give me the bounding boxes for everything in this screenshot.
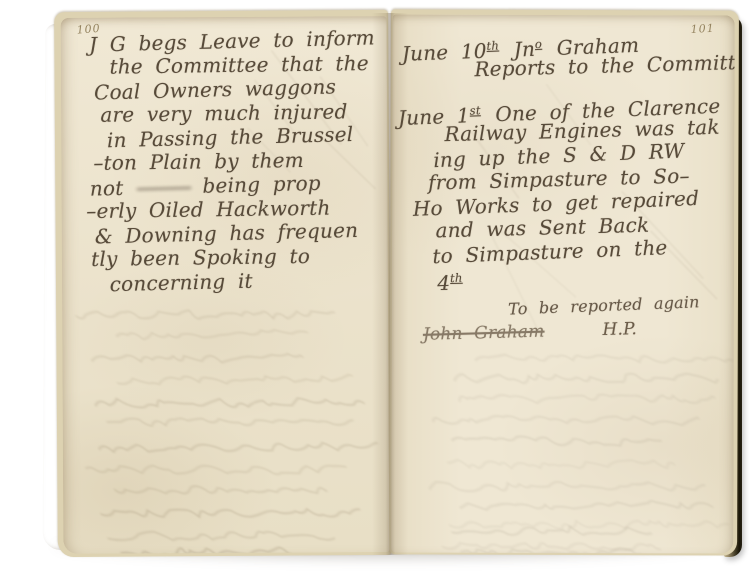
- bleedthrough-writing: [471, 350, 735, 369]
- right-page-handwriting: June 10th Jno GrahamReports to the Commi…: [395, 26, 734, 348]
- bleedthrough-writing: [450, 371, 722, 390]
- bleedthrough-writing: [91, 394, 369, 413]
- superscript-text: st: [469, 103, 481, 117]
- superscript-text: th: [486, 38, 499, 52]
- text-run: –ton Plain by them: [93, 148, 304, 175]
- manuscript-line: John GrahamH.P.: [423, 314, 735, 346]
- superscript-text: o: [535, 37, 543, 51]
- bleedthrough-writing: [111, 482, 330, 501]
- text-run: 4: [437, 271, 451, 295]
- right-page: 101 June 10th Jno GrahamReports to the C…: [391, 15, 734, 554]
- bleedthrough-writing: [458, 545, 645, 554]
- bleedthrough-writing: [113, 371, 359, 390]
- bleedthrough-writing: [446, 517, 733, 536]
- bleedthrough-writing: [87, 350, 308, 369]
- left-page: 100 J G begs Leave to informthe Committe…: [61, 16, 390, 554]
- bleedthrough-writing: [83, 462, 352, 481]
- bleedthrough-writing: [455, 391, 720, 410]
- ink-smudge: ———: [136, 174, 191, 199]
- bleedthrough-writing: [449, 434, 666, 453]
- bleedthrough-writing: [104, 415, 359, 434]
- bleedthrough-writing: [448, 523, 655, 542]
- bleedthrough-writing: [429, 413, 704, 432]
- text-run: being prop: [190, 171, 321, 198]
- text-run: not: [90, 175, 137, 200]
- bleedthrough-writing: [445, 457, 679, 476]
- bleedthrough-writing: [456, 498, 718, 517]
- bleedthrough-writing: [103, 527, 337, 546]
- left-page-handwriting: J G begs Leave to informthe Committee th…: [83, 26, 388, 296]
- text-run: concerning it: [109, 269, 253, 297]
- bleedthrough-writing: [425, 478, 710, 497]
- superscript-text: th: [450, 271, 463, 285]
- clerk-initials: H.P.: [602, 319, 637, 340]
- bleedthrough-writing: [95, 439, 383, 458]
- bleedthrough-writing: [97, 506, 365, 525]
- bleedthrough-writing: [118, 545, 295, 554]
- struck-signature: John Graham: [423, 322, 545, 345]
- photograph-open-manuscript-book: 100 J G begs Leave to informthe Committe…: [0, 0, 749, 576]
- bleedthrough-writing: [113, 327, 313, 346]
- bleedthrough-writing: [72, 307, 339, 326]
- text-run: To be reported again: [508, 292, 700, 318]
- bleedthrough-writing: [439, 538, 664, 553]
- text-run: tly been Spoking to: [91, 244, 310, 271]
